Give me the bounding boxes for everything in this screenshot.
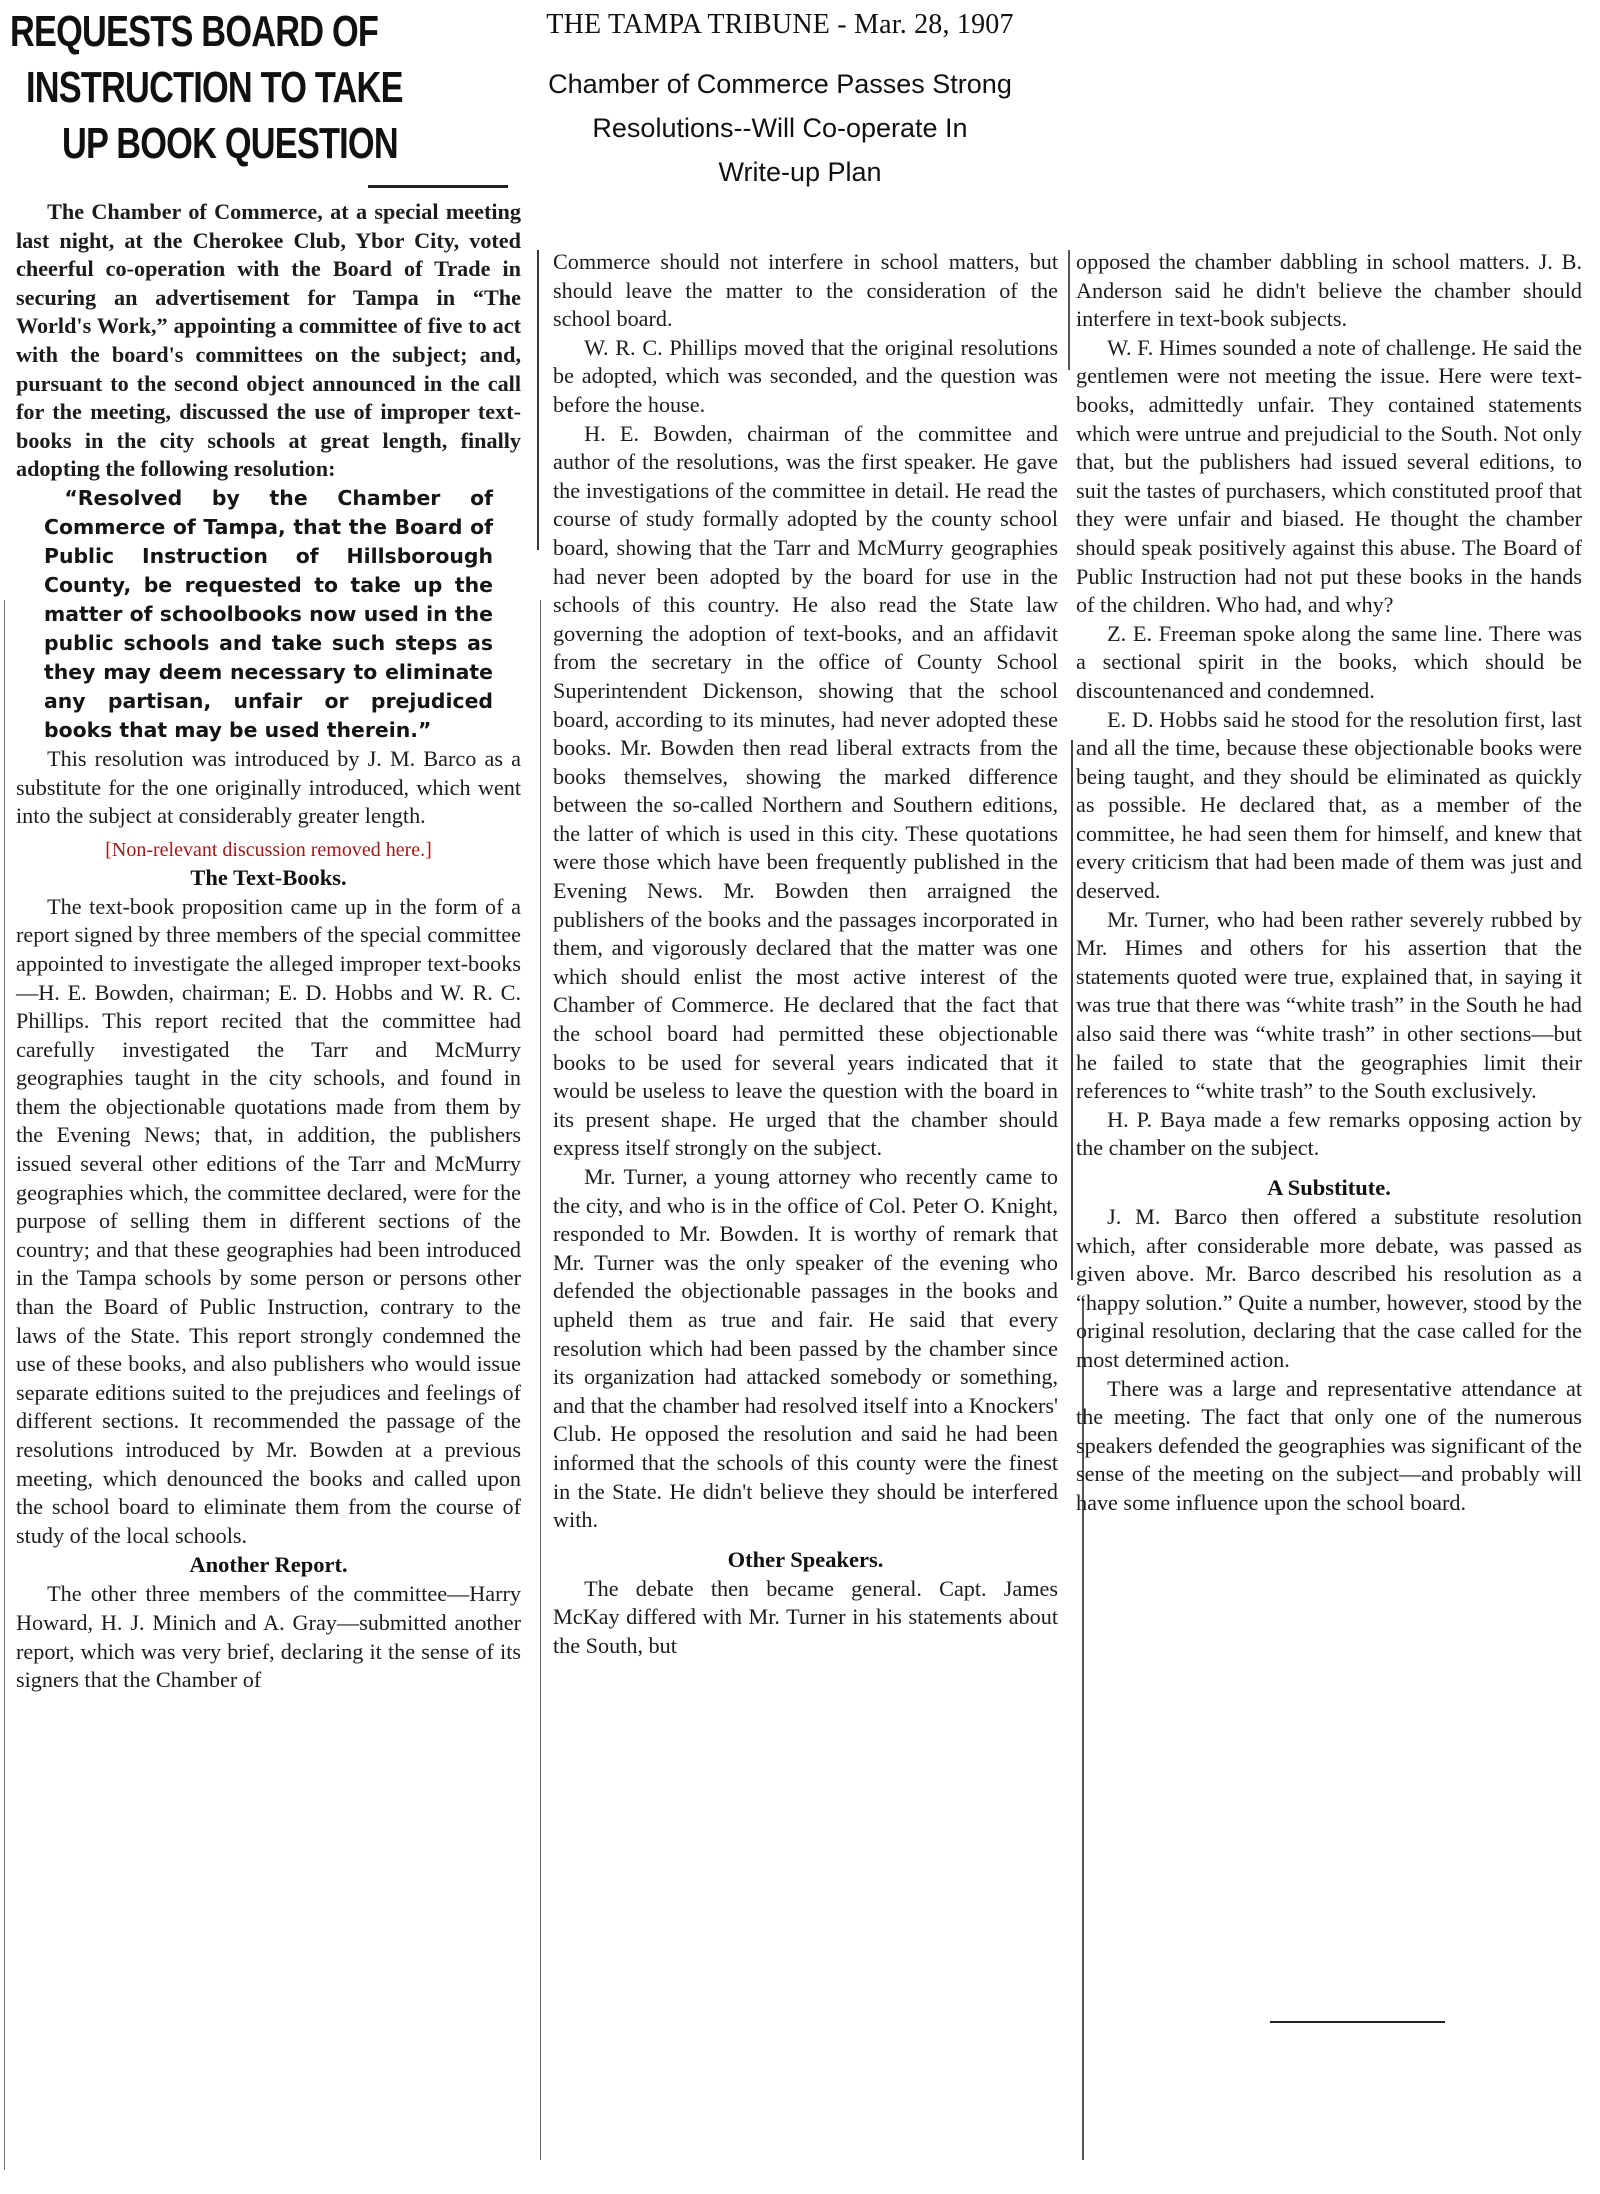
paragraph: The debate then became general. Capt. Ja…: [553, 1575, 1058, 1661]
column-rule: [1068, 250, 1070, 370]
subheadline-line-1: Chamber of Commerce Passes Strong: [500, 62, 1060, 106]
masthead: THE TAMPA TRIBUNE - Mar. 28, 1907 Chambe…: [500, 8, 1060, 194]
paragraph: W. R. C. Phillips moved that the origina…: [553, 334, 1058, 420]
section-heading-other-speakers: Other Speakers.: [553, 1545, 1058, 1575]
editor-note: [Non-relevant discussion removed here.]: [16, 837, 521, 863]
newspaper-dateline: THE TAMPA TRIBUNE - Mar. 28, 1907: [500, 8, 1060, 42]
article-column-2: Commerce should not interfere in school …: [553, 248, 1058, 1661]
paragraph: Mr. Turner, who had been rather severely…: [1076, 906, 1582, 1106]
column-rule: [4, 600, 5, 2170]
subheadline-line-3: Write-up Plan: [500, 150, 1060, 194]
paragraph: The other three members of the committee…: [16, 1580, 521, 1694]
column-rule: [540, 600, 541, 2160]
headline-line-3: UP BOOK QUESTION: [62, 116, 415, 172]
column-rule: [537, 250, 539, 550]
article-column-3: opposed the chamber dabbling in school m…: [1076, 248, 1582, 1518]
resolution-text: “Resolved by the Chamber of Commerce of …: [44, 484, 493, 745]
paragraph: W. F. Himes sounded a note of challenge.…: [1076, 334, 1582, 620]
paragraph: Mr. Turner, a young attorney who recentl…: [553, 1163, 1058, 1535]
paragraph: E. D. Hobbs said he stood for the resolu…: [1076, 706, 1582, 906]
resolution-quote: “Resolved by the Chamber of Commerce of …: [16, 484, 521, 745]
paragraph: Z. E. Freeman spoke along the same line.…: [1076, 620, 1582, 706]
subheadline-line-2: Resolutions--Will Co-operate In: [500, 106, 1060, 150]
headline-line-1: REQUESTS BOARD OF: [10, 4, 404, 60]
section-heading-substitute: A Substitute.: [1076, 1173, 1582, 1203]
column-rule: [1071, 740, 1073, 1280]
intro-paragraph: The Chamber of Commerce, at a special me…: [16, 198, 521, 484]
paragraph: The text-book proposition came up in the…: [16, 893, 521, 1551]
paragraph: H. E. Bowden, chairman of the committee …: [553, 420, 1058, 1163]
article-column-1: The Chamber of Commerce, at a special me…: [16, 198, 521, 1695]
paragraph: J. M. Barco then offered a substitute re…: [1076, 1203, 1582, 1375]
section-heading-textbooks: The Text-Books.: [16, 863, 521, 893]
paragraph: This resolution was introduced by J. M. …: [16, 745, 521, 831]
headline-line-2: INSTRUCTION TO TAKE: [26, 60, 407, 116]
headline-divider: [368, 185, 508, 188]
paragraph: Commerce should not interfere in school …: [553, 248, 1058, 334]
paragraph: H. P. Baya made a few remarks opposing a…: [1076, 1106, 1582, 1163]
section-heading-another-report: Another Report.: [16, 1550, 521, 1580]
paragraph: opposed the chamber dabbling in school m…: [1076, 248, 1582, 334]
article-end-rule: [1270, 2021, 1445, 2023]
paragraph: There was a large and representative att…: [1076, 1375, 1582, 1518]
article-headline: REQUESTS BOARD OF INSTRUCTION TO TAKE UP…: [10, 4, 515, 172]
subheadline: Chamber of Commerce Passes Strong Resolu…: [500, 62, 1060, 194]
